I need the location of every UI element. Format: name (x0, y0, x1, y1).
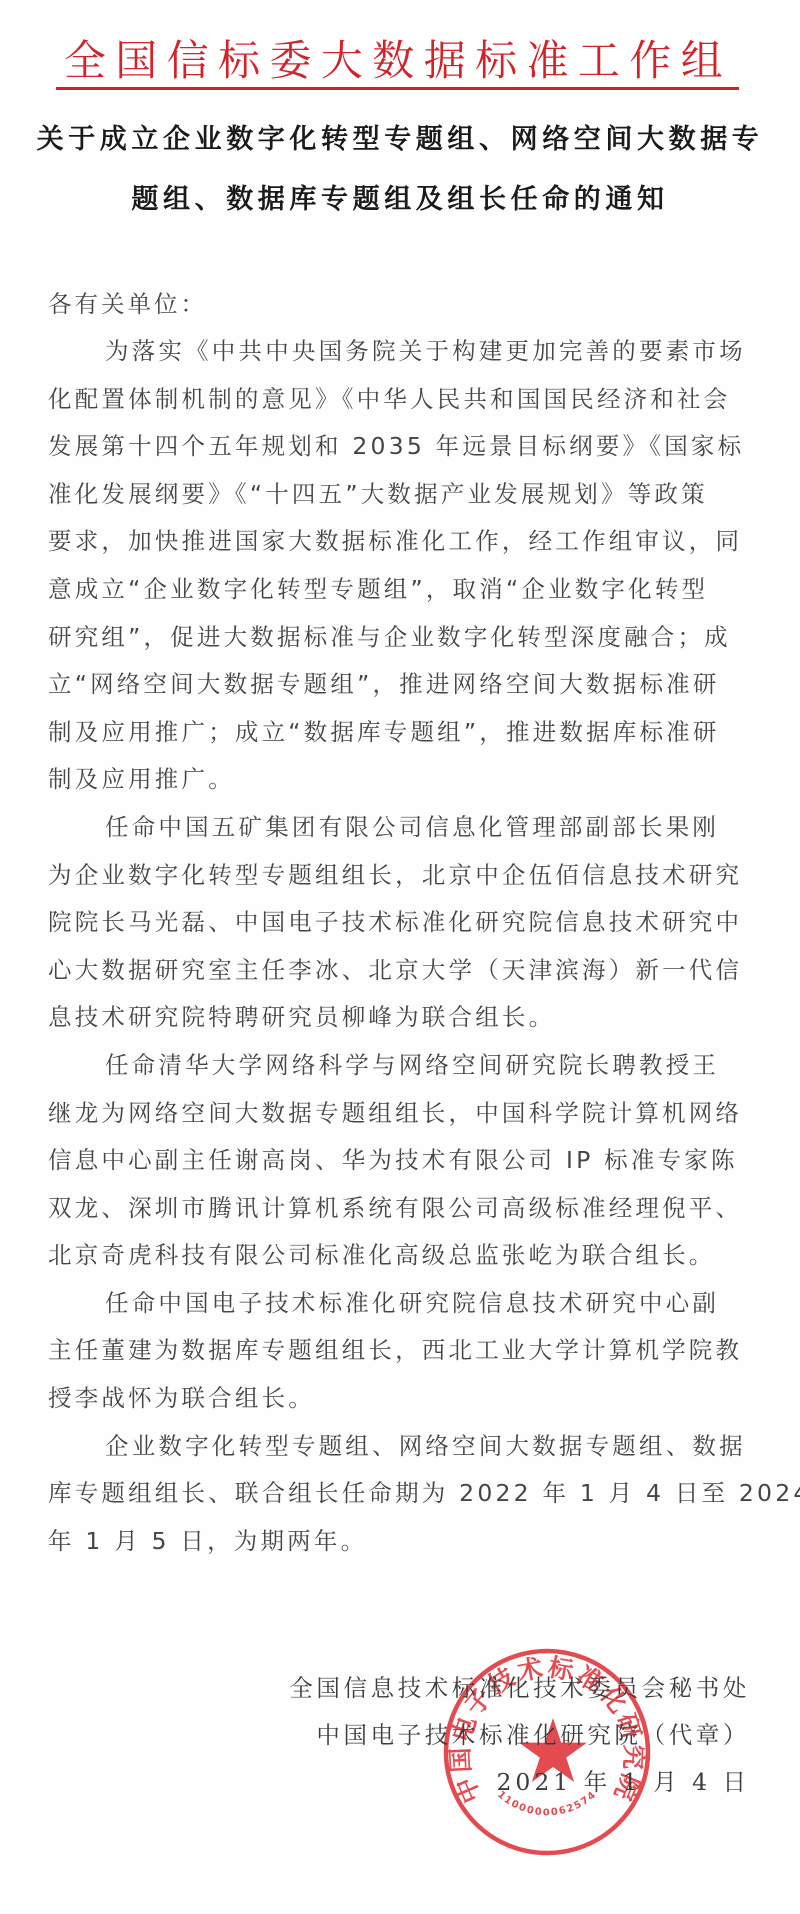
text-line: 库专题组组长、联合组长任命期为 2022 年 1 月 4 日至 2024 (48, 1470, 754, 1518)
document-body: 为落实《中共中央国务院关于构建更加完善的要素市场 化配置体制机制的意见》《中华人… (48, 328, 754, 1565)
paragraph-digital-transformation-appointment: 任命中国五矿集团有限公司信息化管理部副部长果刚 为企业数字化转型专题组组长，北京… (48, 804, 754, 1042)
text-line: 制及应用推广。 (48, 756, 754, 804)
text-line: 息技术研究院特聘研究员柳峰为联合组长。 (48, 994, 754, 1042)
document-page: 全国信标委大数据标准工作组 关于成立企业数字化转型专题组、网络空间大数据专 题组… (0, 0, 800, 1914)
document-title-line-1: 关于成立企业数字化转型专题组、网络空间大数据专 (0, 123, 800, 157)
text-line: 化配置体制机制的意见》《中华人民共和国国民经济和社会 (48, 376, 754, 424)
text-line: 制及应用推广；成立“数据库专题组”，推进数据库标准研 (48, 709, 754, 757)
document-title-line-2: 题组、数据库专题组及组长任命的通知 (0, 183, 800, 217)
text-line: 院院长马光磊、中国电子技术标准化研究院信息技术研究中 (48, 899, 754, 947)
text-line: 研究组”，促进大数据标准与企业数字化转型深度融合；成 (48, 614, 754, 662)
signature-issuer: 全国信息技术标准化技术委员会秘书处 (289, 1673, 750, 1703)
issuing-org-header: 全国信标委大数据标准工作组 (56, 36, 740, 90)
text-line: 心大数据研究室主任李冰、北京大学（天津滨海）新一代信 (48, 947, 754, 995)
paragraph-purpose: 为落实《中共中央国务院关于构建更加完善的要素市场 化配置体制机制的意见》《中华人… (48, 328, 754, 804)
paragraph-cyberspace-appointment: 任命清华大学网络科学与网络空间研究院长聘教授王 继龙为网络空间大数据专题组组长，… (48, 1042, 754, 1280)
text-line: 年 1 月 5 日，为期两年。 (48, 1518, 754, 1566)
text-line: 双龙、深圳市腾讯计算机系统有限公司高级标准经理倪平、 (48, 1185, 754, 1233)
text-line: 任命清华大学网络科学与网络空间研究院长聘教授王 (48, 1042, 754, 1090)
text-line: 要求，加快推进国家大数据标准化工作，经工作组审议，同 (48, 518, 754, 566)
text-line: 任命中国电子技术标准化研究院信息技术研究中心副 (48, 1280, 754, 1328)
text-line: 继龙为网络空间大数据专题组组长，中国科学院计算机网络 (48, 1090, 754, 1138)
red-header-rule (56, 87, 739, 90)
text-line: 企业数字化转型专题组、网络空间大数据专题组、数据 (48, 1423, 754, 1471)
paragraph-term: 企业数字化转型专题组、网络空间大数据专题组、数据 库专题组组长、联合组长任命期为… (48, 1423, 754, 1566)
text-line: 准化发展纲要》《“十四五”大数据产业发展规划》等政策 (48, 471, 754, 519)
signature-date: 2021 年 1 月 4 日 (496, 1767, 750, 1797)
text-line: 任命中国五矿集团有限公司信息化管理部副部长果刚 (48, 804, 754, 852)
text-line: 主任董建为数据库专题组组长，西北工业大学计算机学院教 (48, 1327, 754, 1375)
text-line: 授李战怀为联合组长。 (48, 1375, 754, 1423)
paragraph-database-appointment: 任命中国电子技术标准化研究院信息技术研究中心副 主任董建为数据库专题组组长，西北… (48, 1280, 754, 1423)
text-line: 立“网络空间大数据专题组”，推进网络空间大数据标准研 (48, 661, 754, 709)
text-line: 意成立“企业数字化转型专题组”，取消“企业数字化转型 (48, 566, 754, 614)
text-line: 发展第十四个五年规划和 2035 年远景目标纲要》《国家标 (48, 423, 754, 471)
signature-seal-holder: 中国电子技术标准化研究院（代章） (316, 1720, 750, 1750)
text-line: 信息中心副主任谢高岗、华为技术有限公司 IP 标准专家陈 (48, 1137, 754, 1185)
text-line: 为落实《中共中央国务院关于构建更加完善的要素市场 (48, 328, 754, 376)
text-line: 北京奇虎科技有限公司标准化高级总监张屹为联合组长。 (48, 1232, 754, 1280)
salutation: 各有关单位： (48, 281, 754, 329)
text-line: 为企业数字化转型专题组组长，北京中企伍佰信息技术研究 (48, 852, 754, 900)
